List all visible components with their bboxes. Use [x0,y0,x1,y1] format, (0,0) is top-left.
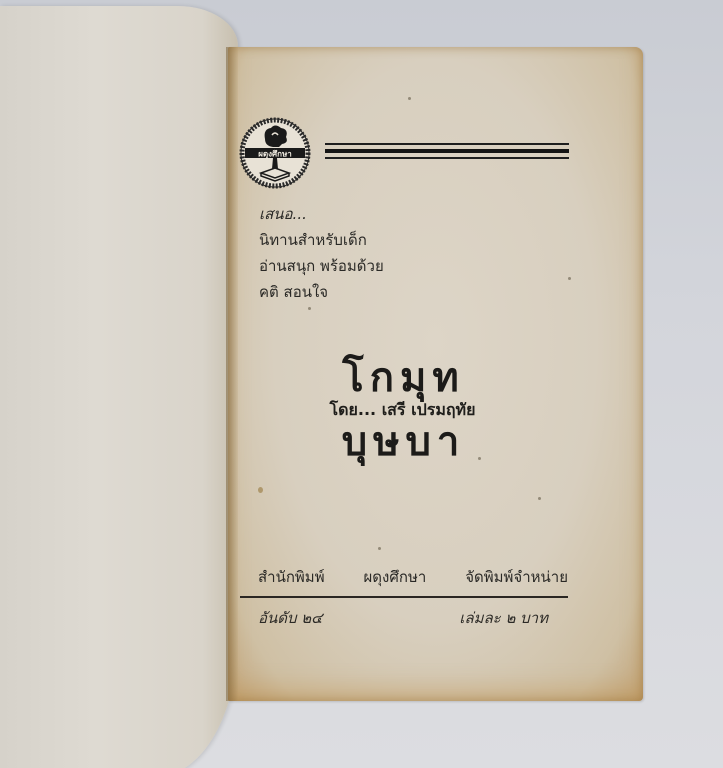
intro-line: คติ สอนใจ [259,279,384,305]
footer-divider [240,596,568,598]
publisher-line: สำนักพิมพ์ ผดุงศึกษา จัดพิมพ์จำหน่าย [258,565,568,589]
rule-line [325,157,569,159]
paper-stain [258,487,263,493]
book-photo-scene: ผดุงศึกษา เสนอ... นิทานสำหรับเด็ก อ่านสน… [0,0,723,768]
paper-speck [378,547,381,550]
intro-line: อ่านสนุก พร้อมด้วย [259,253,384,279]
price: เล่มละ ๒ บาท [459,606,548,630]
paper-speck [538,497,541,500]
publisher-emblem-tree-book-icon: ผดุงศึกษา [239,117,311,189]
left-blank-page [0,6,238,768]
book-spine-shadow [226,47,238,701]
author-line: โดย... เสรี เปรมฤทัย [300,398,505,423]
intro-text: เสนอ... นิทานสำหรับเด็ก อ่านสนุก พร้อมด้… [259,201,384,305]
intro-line: เสนอ... [259,201,384,227]
publisher-label: สำนักพิมพ์ [258,565,325,589]
decorative-header-rules [325,143,569,159]
rule-line [325,149,569,153]
paper-speck [568,277,571,280]
footer-info: อันดับ ๒๔ เล่มละ ๒ บาท [258,606,558,630]
publisher-distribution: จัดพิมพ์จำหน่าย [465,565,568,589]
intro-line: นิทานสำหรับเด็ก [259,227,384,253]
series-number: อันดับ ๒๔ [258,606,323,630]
rule-line [325,143,569,145]
paper-speck [408,97,411,100]
paper-speck [308,307,311,310]
publisher-name: ผดุงศึกษา [364,565,427,589]
